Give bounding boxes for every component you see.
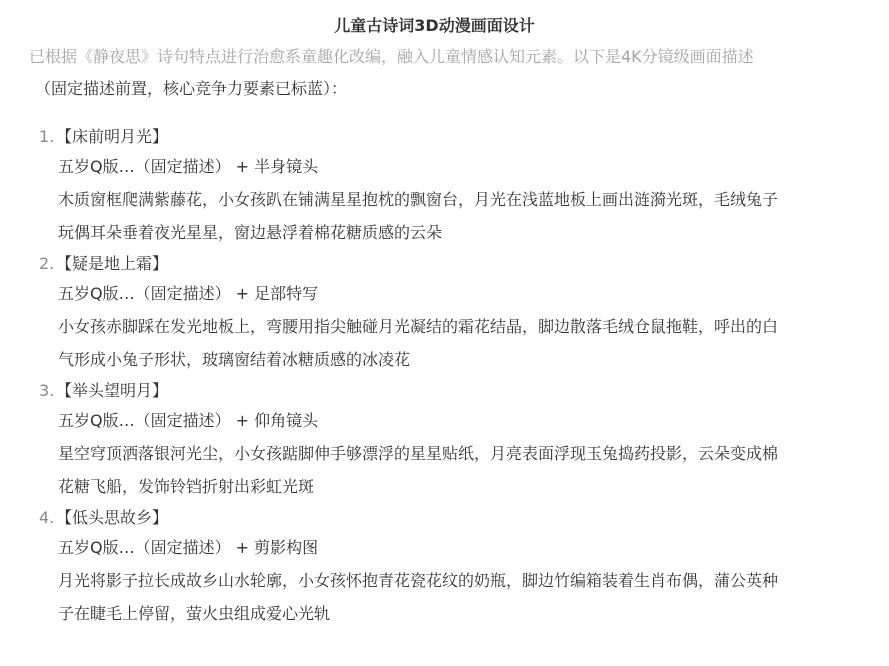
item-header: 2. 【疑是地上霜】 (0, 251, 889, 277)
shot-description: 五岁Q版…（固定描述） + 半身镜头 (58, 150, 889, 183)
intro-note: （固定描述前置，核心竞争力要素已标蓝）： (35, 76, 347, 101)
intro-text: 已根据《静夜思》诗句特点进行治愈系童趣化改编，融入儿童情感认知元素。以下是4K分… (29, 44, 879, 69)
scene-description: 木质窗框爬满紫藤花，小女孩趴在铺满星星抱枕的飘窗台，月光在浅蓝地板上画出涟漪光斑… (58, 183, 873, 249)
list-item: 1. 【床前明月光】 五岁Q版…（固定描述） + 半身镜头 木质窗框爬满紫藤花，… (0, 124, 889, 249)
list-item: 2. 【疑是地上霜】 五岁Q版…（固定描述） + 足部特写 小女孩赤脚踩在发光地… (0, 251, 889, 376)
item-number: 1. (39, 124, 54, 150)
item-header: 3. 【举头望明月】 (0, 378, 889, 404)
scene-description-line: 子在睫毛上停留，萤火虫组成爱心光轨 (58, 597, 873, 630)
item-header: 4. 【低头思故乡】 (0, 505, 889, 531)
scene-description-line: 木质窗框爬满紫藤花，小女孩趴在铺满星星抱枕的飘窗台，月光在浅蓝地板上画出涟漪光斑… (58, 183, 873, 216)
scene-description-line: 小女孩赤脚踩在发光地板上，弯腰用指尖触碰月光凝结的霜花结晶，脚边散落毛绒仓鼠拖鞋… (58, 310, 873, 343)
shot-description: 五岁Q版…（固定描述） + 足部特写 (58, 277, 889, 310)
document-title: 儿童古诗词3D动漫画面设计 (0, 14, 869, 38)
scene-description: 月光将影子拉长成故乡山水轮廓，小女孩怀抱青花瓷花纹的奶瓶，脚边竹编箱装着生肖布偶… (58, 564, 873, 630)
item-number: 4. (39, 505, 54, 531)
shot-description: 五岁Q版…（固定描述） + 仰角镜头 (58, 404, 889, 437)
scene-description-line: 星空穹顶洒落银河光尘，小女孩踮脚伸手够漂浮的星星贴纸，月亮表面浮现玉兔捣药投影，… (58, 437, 873, 470)
scene-description: 小女孩赤脚踩在发光地板上，弯腰用指尖触碰月光凝结的霜花结晶，脚边散落毛绒仓鼠拖鞋… (58, 310, 873, 376)
list-item: 3. 【举头望明月】 五岁Q版…（固定描述） + 仰角镜头 星空穹顶洒落银河光尘… (0, 378, 889, 503)
scene-description-line: 玩偶耳朵垂着夜光星星，窗边悬浮着棉花糖质感的云朵 (58, 216, 873, 249)
item-heading: 【床前明月光】 (56, 124, 168, 150)
scene-description-line: 花糖飞船，发饰铃铛折射出彩虹光斑 (58, 470, 873, 503)
scene-description: 星空穹顶洒落银河光尘，小女孩踮脚伸手够漂浮的星星贴纸，月亮表面浮现玉兔捣药投影，… (58, 437, 873, 503)
item-header: 1. 【床前明月光】 (0, 124, 889, 150)
item-heading: 【低头思故乡】 (56, 505, 168, 531)
item-heading: 【举头望明月】 (56, 378, 168, 404)
scene-description-line: 月光将影子拉长成故乡山水轮廓，小女孩怀抱青花瓷花纹的奶瓶，脚边竹编箱装着生肖布偶… (58, 564, 873, 597)
scene-list: 1. 【床前明月光】 五岁Q版…（固定描述） + 半身镜头 木质窗框爬满紫藤花，… (0, 124, 889, 632)
list-item: 4. 【低头思故乡】 五岁Q版…（固定描述） + 剪影构图 月光将影子拉长成故乡… (0, 505, 889, 630)
scene-description-line: 气形成小兔子形状，玻璃窗结着冰糖质感的冰凌花 (58, 343, 873, 376)
shot-description: 五岁Q版…（固定描述） + 剪影构图 (58, 531, 889, 564)
item-heading: 【疑是地上霜】 (56, 251, 168, 277)
item-number: 3. (39, 378, 54, 404)
item-number: 2. (39, 251, 54, 277)
